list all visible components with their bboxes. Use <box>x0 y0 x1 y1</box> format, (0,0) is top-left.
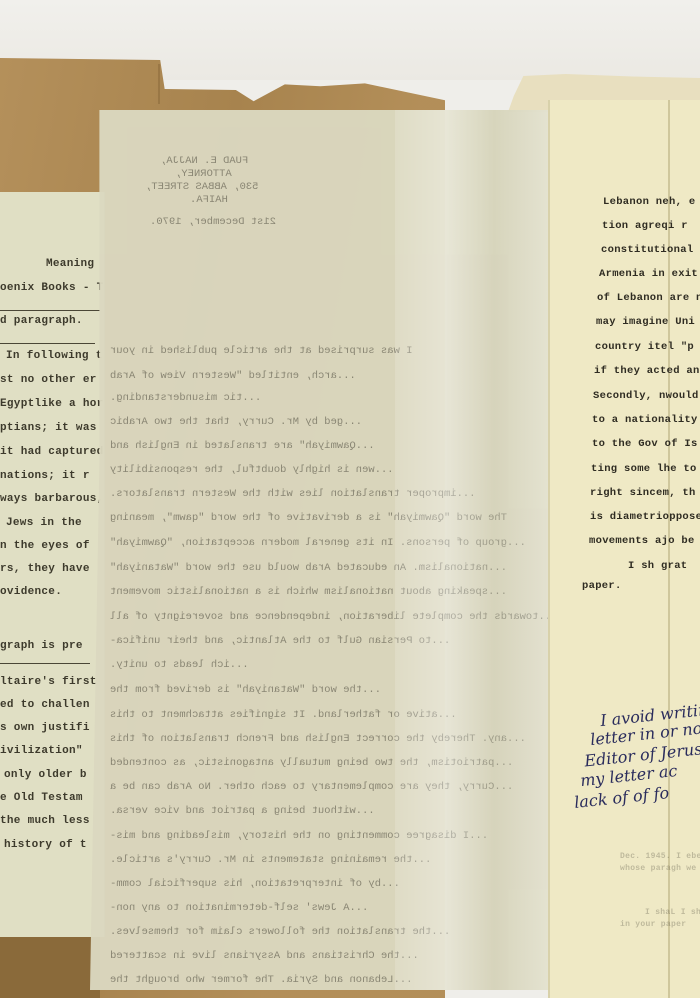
faded-typed-line: Dec. 1945. I ebe <box>620 852 700 861</box>
typed-line: movements ajo be <box>589 535 695 547</box>
typed-line: nations; it r <box>0 470 90 482</box>
mirrored-typed-line: I was surprised at the article published… <box>110 345 412 357</box>
typed-line: rs, they have <box>0 563 90 575</box>
typed-line: is diametriopposed <box>590 511 700 523</box>
mirrored-typed-line: ...wen is highly doubtful, the responsib… <box>110 464 394 476</box>
typed-line: to the Gov of Is <box>592 438 698 450</box>
mirrored-typed-line: ...ich leads to unity. <box>110 659 249 671</box>
typed-line: ed to challen <box>0 699 90 711</box>
typed-line: ovidence. <box>0 586 62 598</box>
typed-line: ltaire's first <box>0 676 97 688</box>
letterhead-line: FUAD E. NAJJA, <box>160 155 248 167</box>
typed-line: Egyptlike a hor <box>0 398 104 410</box>
typed-line: may imagine Uni <box>596 316 695 328</box>
typed-line: Armenia in exit <box>599 268 698 280</box>
typed-line: the much less <box>0 815 90 827</box>
mirrored-typed-line: ...the remaining statements in Mr. Curry… <box>110 854 431 866</box>
mirrored-typed-line: ...Lebanon and Syria. The former who bro… <box>110 974 412 986</box>
faded-typed-line: I shaL I sh <box>645 908 700 917</box>
typed-line: s own justifi <box>0 722 90 734</box>
mirrored-typed-line: ...by of interpretation, his superficial… <box>110 878 400 890</box>
typed-line: country itel "p <box>595 341 694 353</box>
typed-line: constitutional <box>601 244 693 256</box>
typed-line: e Old Testam <box>0 792 83 804</box>
typed-line: ways barbarous, <box>0 493 104 505</box>
typed-line: Lebanon neh, e <box>603 196 695 208</box>
mirrored-typed-line: ...the Christians and Assyrians live in … <box>110 950 419 962</box>
typed-line: if they acted and <box>594 365 700 377</box>
letterhead-line: ATTORNEY, <box>175 168 232 180</box>
typed-line: graph is pre <box>0 640 83 652</box>
section-rule <box>0 663 90 664</box>
mirrored-typed-line: ...ged by Mr. Curry, that the two Arabic <box>110 416 362 428</box>
left-typed-page: Meaningoenix Books - Td paragraph.In fol… <box>0 192 105 937</box>
mirrored-typed-line: ...A Jews' self-determination to any non… <box>110 902 368 914</box>
typed-line: oenix Books - T <box>0 282 104 294</box>
typed-line: history of t <box>4 839 87 851</box>
right-typed-page: I avoid writing letter in or not Editor … <box>548 100 700 998</box>
typed-line: tion agreqi r <box>602 220 688 232</box>
typed-line: paper. <box>582 580 622 592</box>
letterhead-line: 530, ABBAS STREET, <box>145 181 258 193</box>
faded-typed-line: whose paragh we <box>620 864 697 873</box>
typed-line: right sincem, th <box>590 487 696 499</box>
typed-line: ptians; it was <box>0 422 97 434</box>
mirrored-typed-line: ...arch, entitled "Western View of Arab <box>110 370 356 382</box>
typed-line: n the eyes of <box>0 540 90 552</box>
typed-line: of Lebanon are n <box>597 292 700 304</box>
typed-line: it had captured <box>0 446 104 458</box>
tissue-fold <box>395 110 560 990</box>
underline-rule <box>0 310 100 311</box>
typed-line: ting some lhe to <box>591 463 697 475</box>
letter-date: 21st December, 1970. <box>150 216 276 228</box>
typed-line: d paragraph. <box>0 315 83 327</box>
mirrored-typed-line: ...the word "Wataniyah" is derived from … <box>110 684 381 696</box>
typed-line: Secondly, nwould <box>593 390 699 402</box>
typed-line: to a nationality <box>592 414 698 426</box>
typed-line: I sh grat <box>628 560 687 572</box>
typed-line: Meaning <box>46 258 94 270</box>
typed-line: only older b <box>4 769 87 781</box>
mirrored-typed-line: ...Qawmiyah" are translated in English a… <box>110 440 375 452</box>
underline-rule <box>0 343 95 344</box>
typed-line: In following t <box>6 350 103 362</box>
envelope-bottom-corner <box>0 930 100 998</box>
typed-line: st no other er <box>0 374 97 386</box>
typed-line: ivilization" <box>0 745 83 757</box>
mirrored-typed-line: ...tic misunderstanding. <box>110 392 261 404</box>
faded-typed-line: in your paper <box>620 920 686 929</box>
mirrored-typed-line: ...without being a patriot and vice vers… <box>110 805 375 817</box>
typed-line: Jews in the <box>6 517 82 529</box>
letterhead-line: HAIFA. <box>190 194 228 206</box>
envelope-crease <box>158 64 160 104</box>
